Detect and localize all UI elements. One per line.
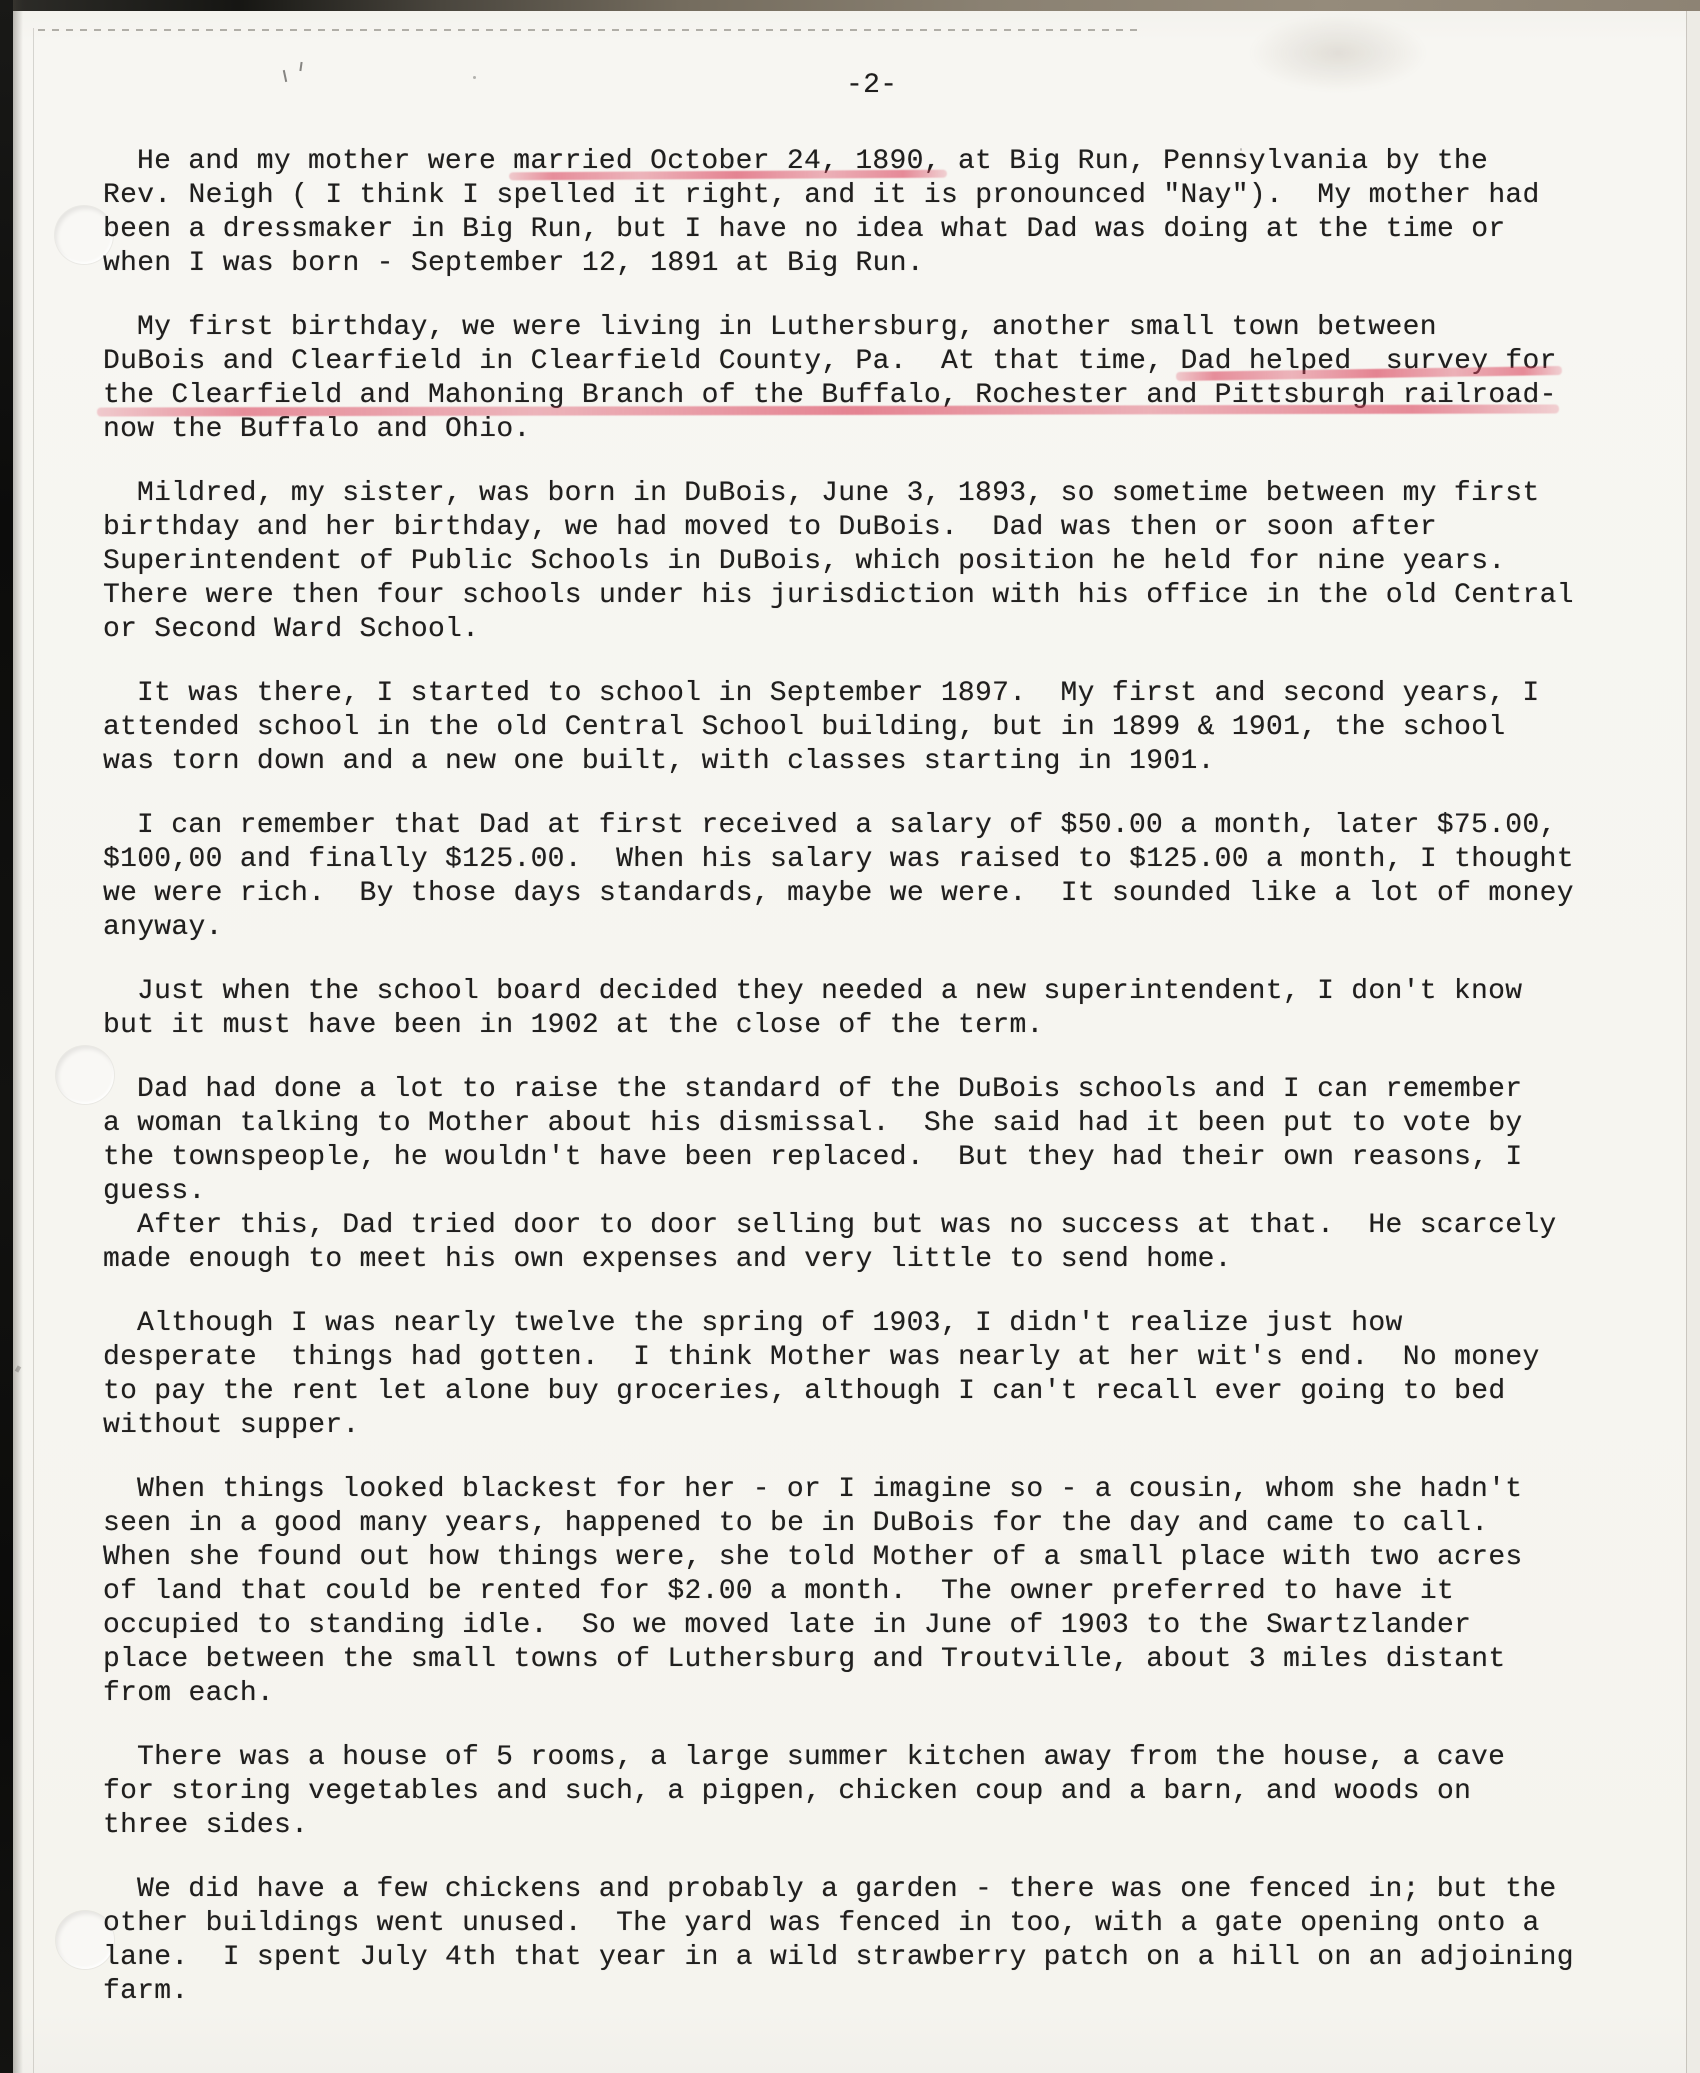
text-line: He and my mother were married October 24… xyxy=(103,145,1678,179)
text-line: My first birthday, we were living in Lut… xyxy=(103,311,1678,345)
scanned-document-page: -2- He and my mother were married Octobe… xyxy=(0,0,1700,2073)
text-line: the Clearfield and Mahoning Branch of th… xyxy=(103,379,1678,413)
paragraph: Although I was nearly twelve the spring … xyxy=(103,1307,1678,1443)
text-line: Although I was nearly twelve the spring … xyxy=(103,1307,1678,1341)
paragraph: We did have a few chickens and probably … xyxy=(103,1873,1678,2009)
typewritten-text: He and my mother were married October 24… xyxy=(103,145,1678,2039)
red-underlined-text: married October 24, 1890, xyxy=(513,146,941,177)
pencil-mark xyxy=(299,62,302,71)
text-line: from each. xyxy=(103,1677,1678,1711)
text-line: It was there, I started to school in Sep… xyxy=(103,677,1678,711)
text-line: of land that could be rented for $2.00 a… xyxy=(103,1575,1678,1609)
text-segment: at Big Run, Pennsylvania by the xyxy=(941,146,1488,177)
text-line: for storing vegetables and such, a pigpe… xyxy=(103,1775,1678,1809)
red-underlined-text: the Clearfield and Mahoning Branch of th… xyxy=(103,380,1557,411)
text-line: When she found out how things were, she … xyxy=(103,1541,1678,1575)
paragraph: After this, Dad tried door to door selli… xyxy=(103,1209,1678,1277)
text-line: farm. xyxy=(103,1975,1678,2009)
text-line: but it must have been in 1902 at the clo… xyxy=(103,1009,1678,1043)
text-segment: DuBois and Clearfield in Clearfield Coun… xyxy=(103,346,1180,377)
text-line: a woman talking to Mother about his dism… xyxy=(103,1107,1678,1141)
text-line: Rev. Neigh ( I think I spelled it right,… xyxy=(103,179,1678,213)
text-line: three sides. xyxy=(103,1809,1678,1843)
text-line: Superintendent of Public Schools in DuBo… xyxy=(103,545,1678,579)
text-line: been a dressmaker in Big Run, but I have… xyxy=(103,213,1678,247)
text-line: There was a house of 5 rooms, a large su… xyxy=(103,1741,1678,1775)
text-line: Mildred, my sister, was born in DuBois, … xyxy=(103,477,1678,511)
text-line: birthday and her birthday, we had moved … xyxy=(103,511,1678,545)
text-line: guess. xyxy=(103,1175,1678,1209)
text-segment: He and my mother were xyxy=(137,146,513,177)
text-line: anyway. xyxy=(103,911,1678,945)
page-top-edge xyxy=(38,29,1143,31)
text-line: Just when the school board decided they … xyxy=(103,975,1678,1009)
paragraph: I can remember that Dad at first receive… xyxy=(103,809,1678,945)
text-line: desperate things had gotten. I think Mot… xyxy=(103,1341,1678,1375)
text-line: without supper. xyxy=(103,1409,1678,1443)
text-line: the townspeople, he wouldn't have been r… xyxy=(103,1141,1678,1175)
text-line: when I was born - September 12, 1891 at … xyxy=(103,247,1678,281)
text-line: We did have a few chickens and probably … xyxy=(103,1873,1678,1907)
scanner-edge-top xyxy=(0,0,1700,11)
text-line: or Second Ward School. xyxy=(103,613,1678,647)
page-number: -2- xyxy=(846,70,897,101)
paragraph: It was there, I started to school in Sep… xyxy=(103,677,1678,779)
page-left-edge xyxy=(33,28,34,2073)
scanner-edge-left xyxy=(0,0,13,2073)
text-line: was torn down and a new one built, with … xyxy=(103,745,1678,779)
scanner-edge-shadow xyxy=(13,0,23,2073)
text-line: other buildings went unused. The yard wa… xyxy=(103,1907,1678,1941)
text-line: lane. I spent July 4th that year in a wi… xyxy=(103,1941,1678,1975)
text-line: now the Buffalo and Ohio. xyxy=(103,413,1678,447)
paragraph: When things looked blackest for her - or… xyxy=(103,1473,1678,1711)
text-line: DuBois and Clearfield in Clearfield Coun… xyxy=(103,345,1678,379)
text-line: There were then four schools under his j… xyxy=(103,579,1678,613)
text-line: When things looked blackest for her - or… xyxy=(103,1473,1678,1507)
paragraph: There was a house of 5 rooms, a large su… xyxy=(103,1741,1678,1843)
text-line: Dad had done a lot to raise the standard… xyxy=(103,1073,1678,1107)
text-line: made enough to meet his own expenses and… xyxy=(103,1243,1678,1277)
page-right-edge xyxy=(1686,0,1687,2073)
text-line: attended school in the old Central Schoo… xyxy=(103,711,1678,745)
paragraph: Mildred, my sister, was born in DuBois, … xyxy=(103,477,1678,647)
text-line: I can remember that Dad at first receive… xyxy=(103,809,1678,843)
paragraph: He and my mother were married October 24… xyxy=(103,145,1678,281)
text-line: seen in a good many years, happened to b… xyxy=(103,1507,1678,1541)
pencil-mark xyxy=(283,70,287,82)
paragraph: Just when the school board decided they … xyxy=(103,975,1678,1043)
paragraph: Dad had done a lot to raise the standard… xyxy=(103,1073,1678,1209)
text-line: we were rich. By those days standards, m… xyxy=(103,877,1678,911)
red-underlined-text: Dad helped survey for xyxy=(1180,346,1556,377)
text-line: place between the small towns of Luthers… xyxy=(103,1643,1678,1677)
text-line: $100,00 and finally $125.00. When his sa… xyxy=(103,843,1678,877)
text-line: to pay the rent let alone buy groceries,… xyxy=(103,1375,1678,1409)
paragraph: My first birthday, we were living in Lut… xyxy=(103,311,1678,447)
text-line: After this, Dad tried door to door selli… xyxy=(103,1209,1678,1243)
text-line: occupied to standing idle. So we moved l… xyxy=(103,1609,1678,1643)
scan-smudge xyxy=(1248,14,1428,92)
scan-right-margin xyxy=(1687,0,1700,2073)
pencil-mark xyxy=(473,76,476,79)
